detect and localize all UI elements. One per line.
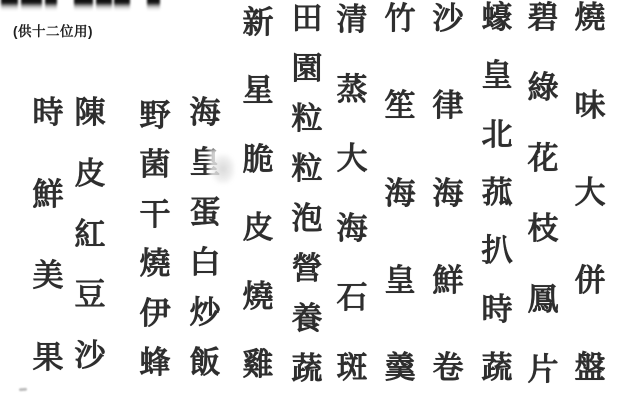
dish-character: 卷	[433, 352, 464, 383]
dish-column: 海皇蛋白炒飯	[187, 97, 223, 378]
dish-character: 皮	[75, 158, 106, 189]
dish-character: 白	[190, 247, 221, 278]
dish-character: 鳳	[528, 284, 559, 315]
dish-column: 時鮮美果	[30, 97, 66, 373]
serving-note: (供十二位用)	[13, 20, 93, 40]
dish-character: 皇	[385, 265, 416, 296]
dish-character: 片	[528, 354, 559, 385]
dish-character: 星	[243, 75, 274, 106]
dish-character: 園	[292, 53, 323, 84]
dish-column: 竹笙海皇羹	[382, 3, 418, 383]
dish-character: 盤	[575, 352, 606, 383]
scan-speck	[19, 388, 27, 392]
dish-character: 碧	[528, 2, 559, 33]
dish-character: 綠	[528, 72, 559, 103]
dish-character: 皇	[482, 60, 513, 91]
dish-character: 鮮	[433, 265, 464, 296]
dish-column: 沙律海鮮卷	[430, 3, 466, 383]
dish-character: 味	[575, 90, 606, 121]
dish-character: 皮	[243, 212, 274, 243]
dish-character: 炒	[190, 297, 221, 328]
dish-character: 菰	[482, 177, 513, 208]
dish-character: 海	[337, 213, 368, 244]
dish-character: 燒	[140, 248, 171, 279]
dish-character: 蠔	[482, 2, 513, 33]
dish-column: 燒味大併盤	[572, 2, 608, 383]
dish-character: 蔬	[292, 353, 323, 384]
dish-character: 新	[243, 7, 274, 38]
dish-column: 田園粒粒泡營養蔬	[289, 3, 325, 384]
dish-column: 陳皮紅豆沙	[72, 97, 108, 371]
dish-character: 蒸	[337, 74, 368, 105]
dish-character: 雞	[243, 349, 274, 380]
dish-character: 竹	[385, 3, 416, 34]
dish-column: 蠔皇北菰扒時蔬	[479, 2, 515, 383]
scan-smudge-halo	[211, 154, 235, 184]
dish-character: 海	[385, 178, 416, 209]
dish-character: 野	[140, 100, 171, 131]
cutoff-title-fragment	[74, 0, 93, 11]
dish-character: 干	[140, 199, 171, 230]
dish-character: 菌	[140, 149, 171, 180]
cutoff-title-fragment	[45, 0, 57, 11]
dish-character: 蜂	[140, 347, 171, 378]
dish-character: 石	[337, 282, 368, 313]
dish-character: 燒	[243, 281, 274, 312]
cutoff-title-fragment	[21, 0, 42, 11]
dish-character: 田	[292, 3, 323, 34]
dish-character: 海	[433, 178, 464, 209]
dish-character: 粒	[292, 153, 323, 184]
dish-column: 清蒸大海石斑	[334, 4, 370, 383]
cutoff-title-fragment	[1, 0, 18, 11]
cutoff-title-fragment	[96, 0, 112, 11]
dish-character: 伊	[140, 298, 171, 329]
dish-character: 大	[575, 177, 606, 208]
dish-character: 海	[190, 97, 221, 128]
dish-column: 野菌干燒伊蜂	[137, 100, 173, 378]
dish-character: 沙	[75, 340, 106, 371]
dish-character: 北	[482, 119, 513, 150]
dish-character: 蛋	[190, 197, 221, 228]
cutoff-title-fragment	[147, 0, 160, 11]
dish-character: 花	[528, 143, 559, 174]
dish-character: 脆	[243, 144, 274, 175]
dish-character: 豆	[75, 279, 106, 310]
cutoff-title-fragment	[114, 0, 130, 11]
dish-character: 粒	[292, 103, 323, 134]
dish-column: 新星脆皮燒雞	[240, 7, 276, 380]
dish-character: 時	[482, 294, 513, 325]
dish-character: 羹	[385, 352, 416, 383]
dish-character: 律	[433, 90, 464, 121]
dish-character: 泡	[292, 203, 323, 234]
dish-column: 碧綠花枝鳳片	[525, 2, 561, 385]
dish-character: 笙	[385, 90, 416, 121]
dish-character: 鮮	[33, 179, 64, 210]
dish-character: 時	[33, 97, 64, 128]
dish-character: 美	[33, 260, 64, 291]
dish-character: 果	[33, 342, 64, 373]
dish-character: 大	[337, 143, 368, 174]
dish-character: 併	[575, 265, 606, 296]
dish-character: 蔬	[482, 352, 513, 383]
dish-character: 營	[292, 253, 323, 284]
dish-character: 燒	[575, 2, 606, 33]
dish-character: 養	[292, 303, 323, 334]
dish-character: 飯	[190, 347, 221, 378]
dish-character: 枝	[528, 213, 559, 244]
dish-character: 陳	[75, 97, 106, 128]
dish-character: 斑	[337, 352, 368, 383]
dish-character: 清	[337, 4, 368, 35]
dish-character: 扒	[482, 235, 513, 266]
menu-sheet: (供十二位用) 燒味大併盤碧綠花枝鳳片蠔皇北菰扒時蔬沙律海鮮卷竹笙海皇羹清蒸大海…	[0, 0, 640, 410]
dish-character: 沙	[433, 3, 464, 34]
dish-character: 紅	[75, 219, 106, 250]
